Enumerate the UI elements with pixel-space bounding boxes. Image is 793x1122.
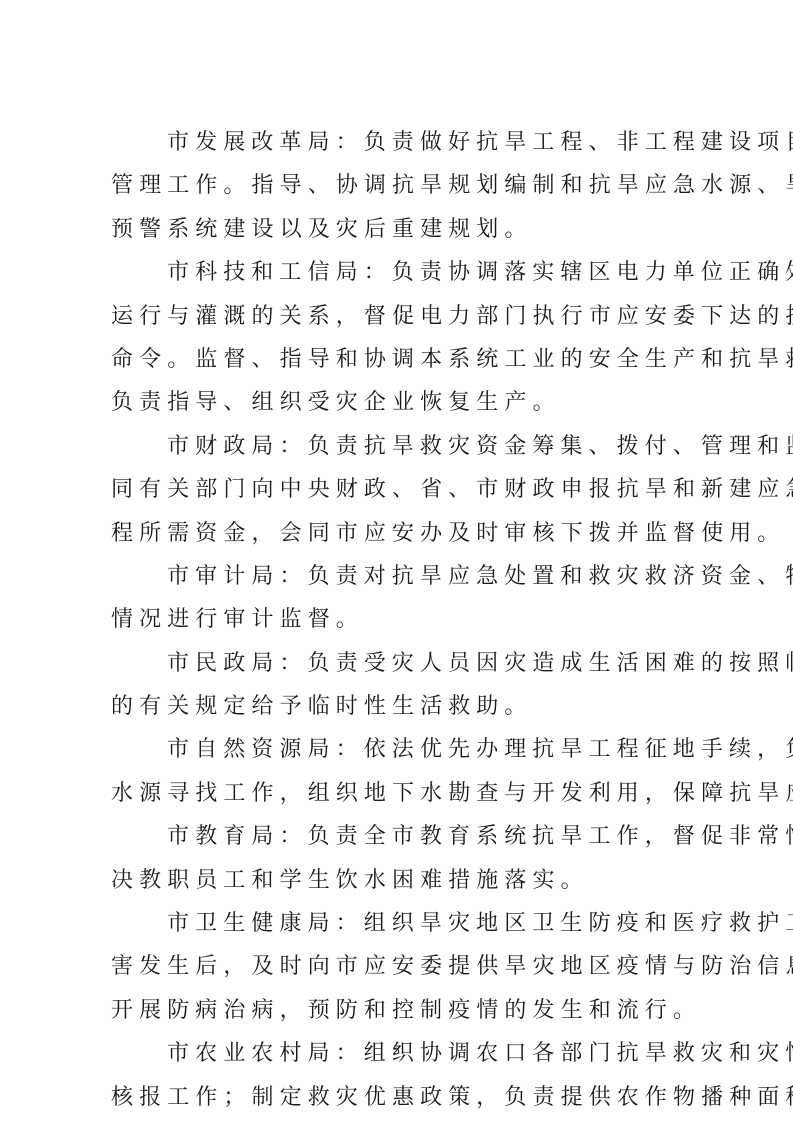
paragraph-finance: 市财政局：负责抗旱救灾资金筹集、拨付、管理和监督；协 同有关部门向中央财政、省、… — [111, 425, 711, 555]
text-line: 市发展改革局：负责做好抗旱工程、非工程建设项目等相关 — [111, 121, 711, 164]
paragraph-education: 市教育局：负责全市教育系统抗旱工作，督促非常情况下解 决教职员工和学生饮水困难措… — [111, 815, 711, 902]
page-number: 5 — [0, 1042, 793, 1058]
text-line: 运行与灌溉的关系，督促电力部门执行市应安委下达的抗旱调度 — [111, 295, 711, 338]
text-line: 决教职员工和学生饮水困难措施落实。 — [111, 859, 711, 902]
text-line: 负责指导、组织受灾企业恢复生产。 — [111, 381, 711, 424]
text-line: 情况进行审计监督。 — [111, 598, 711, 641]
text-line: 管理工作。指导、协调抗旱规划编制和抗旱应急水源、旱情监测 — [111, 164, 711, 207]
document-body: 市发展改革局：负责做好抗旱工程、非工程建设项目等相关 管理工作。指导、协调抗旱规… — [111, 121, 711, 1119]
text-line: 预警系统建设以及灾后重建规划。 — [111, 208, 711, 251]
document-page: 市发展改革局：负责做好抗旱工程、非工程建设项目等相关 管理工作。指导、协调抗旱规… — [0, 0, 793, 1122]
text-line: 市自然资源局：依法优先办理抗旱工程征地手续，负责抗旱 — [111, 728, 711, 771]
text-line: 同有关部门向中央财政、省、市财政申报抗旱和新建应急水源工 — [111, 468, 711, 511]
text-line: 核报工作；制定救灾优惠政策，负责提供农作物播种面积、产量 — [111, 1076, 711, 1119]
text-line: 市卫生健康局：组织旱灾地区卫生防疫和医疗救护工作。灾 — [111, 902, 711, 945]
paragraph-science-industry: 市科技和工信局：负责协调落实辖区电力单位正确处理电力 运行与灌溉的关系，督促电力… — [111, 251, 711, 425]
paragraph-audit: 市审计局：负责对抗旱应急处置和救灾救济资金、物资使用 情况进行审计监督。 — [111, 555, 711, 642]
text-line: 市教育局：负责全市教育系统抗旱工作，督促非常情况下解 — [111, 815, 711, 858]
text-line: 程所需资金，会同市应安办及时审核下拨并监督使用。 — [111, 512, 711, 555]
text-line: 市审计局：负责对抗旱应急处置和救灾救济资金、物资使用 — [111, 555, 711, 598]
text-line: 开展防病治病，预防和控制疫情的发生和流行。 — [111, 989, 711, 1032]
text-line: 市民政局：负责受灾人员因灾造成生活困难的按照临时救助 — [111, 642, 711, 685]
text-line: 害发生后，及时向市应安委提供旱灾地区疫情与防治信息，组织 — [111, 945, 711, 988]
text-line: 命令。监督、指导和协调本系统工业的安全生产和抗旱救灾工作； — [111, 338, 711, 381]
paragraph-natural-resources: 市自然资源局：依法优先办理抗旱工程征地手续，负责抗旱 水源寻找工作，组织地下水勘… — [111, 728, 711, 815]
text-line: 水源寻找工作，组织地下水勘查与开发利用，保障抗旱应急供水。 — [111, 772, 711, 815]
paragraph-health: 市卫生健康局：组织旱灾地区卫生防疫和医疗救护工作。灾 害发生后，及时向市应安委提… — [111, 902, 711, 1032]
text-line: 市财政局：负责抗旱救灾资金筹集、拨付、管理和监督；协 — [111, 425, 711, 468]
paragraph-development-reform: 市发展改革局：负责做好抗旱工程、非工程建设项目等相关 管理工作。指导、协调抗旱规… — [111, 121, 711, 251]
paragraph-civil-affairs: 市民政局：负责受灾人员因灾造成生活困难的按照临时救助 的有关规定给予临时性生活救… — [111, 642, 711, 729]
text-line: 市科技和工信局：负责协调落实辖区电力单位正确处理电力 — [111, 251, 711, 294]
text-line: 的有关规定给予临时性生活救助。 — [111, 685, 711, 728]
